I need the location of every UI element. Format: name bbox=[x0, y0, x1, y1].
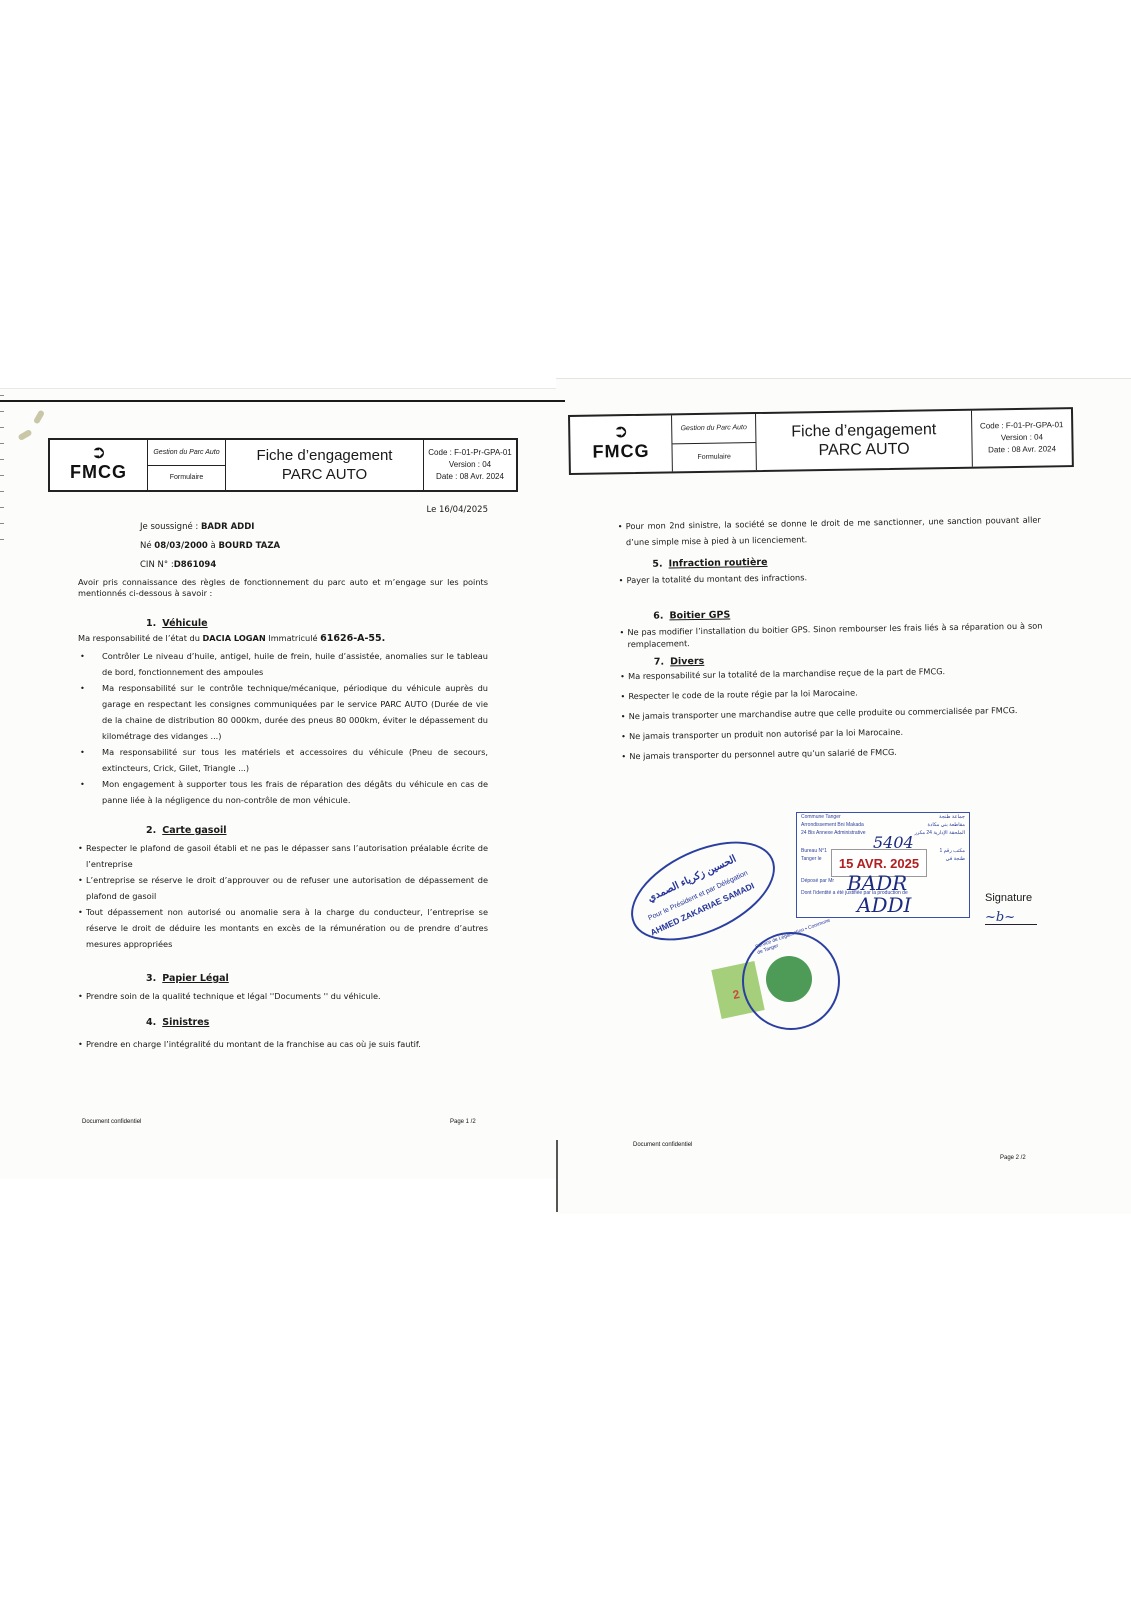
vehicle-rules-list: Contrôler Le niveau d’huile, antigel, hu… bbox=[78, 648, 488, 808]
list-item: Prendre soin de la qualité technique et … bbox=[78, 988, 488, 1004]
page-fold-line bbox=[556, 1140, 558, 1212]
brand-name: FMCG bbox=[592, 441, 649, 463]
header-meta: Gestion du Parc Auto Formulaire bbox=[148, 440, 226, 490]
identity-block: Je soussigné : BADR ADDI Né 08/03/2000 à… bbox=[140, 518, 488, 575]
handwritten-name: BADR bbox=[847, 871, 907, 895]
list-item: Ma responsabilité sur tous les matériels… bbox=[78, 744, 488, 776]
document-code: Code : F-01-Pr-GPA-01 Version : 04 Date … bbox=[424, 440, 516, 490]
vehicle-line: Ma responsabilité de l’état du DACIA LOG… bbox=[78, 631, 488, 646]
gasoil-rules-list: Respecter le plafond de gasoil établi et… bbox=[78, 840, 488, 952]
page-number: Page 1 /2 bbox=[450, 1119, 476, 1125]
brand-logo: ➲ FMCG bbox=[570, 415, 673, 473]
page-2-body: Pour mon 2nd sinistre, la société se don… bbox=[618, 512, 1045, 763]
header-meta: Gestion du Parc Auto Formulaire bbox=[672, 414, 757, 471]
list-item: Mon engagement à supporter tous les frai… bbox=[78, 776, 488, 808]
section-vehicule: 1.Véhicule Ma responsabilité de l’état d… bbox=[78, 617, 488, 808]
cin-number: D861094 bbox=[174, 560, 217, 570]
arrow-logo-icon: ➲ bbox=[613, 423, 628, 441]
section-infraction: 5.Infraction routière Payer la totalité … bbox=[618, 552, 1041, 587]
document-title: Fiche d’engagement PARC AUTO bbox=[226, 440, 424, 490]
list-item: Contrôler Le niveau d’huile, antigel, hu… bbox=[78, 648, 488, 680]
list-item: Ne jamais transporter une marchandise au… bbox=[621, 704, 1044, 723]
emblem-icon bbox=[766, 956, 812, 1002]
footer-confidential: Document confidentiel bbox=[82, 1119, 141, 1125]
list-item: Respecter le plafond de gasoil établi et… bbox=[78, 840, 488, 872]
document-date: Le 16/04/2025 bbox=[78, 502, 488, 518]
signature-label: Signature bbox=[985, 892, 1032, 904]
section-gps: 6.Boitier GPS Ne pas modifier l’installa… bbox=[619, 604, 1043, 651]
handwritten-name: ADDI bbox=[857, 893, 911, 917]
signatory-name: BADR ADDI bbox=[201, 522, 254, 532]
footer-confidential: Document confidentiel bbox=[633, 1142, 692, 1148]
list-item: Ne pas modifier l’installation du boitie… bbox=[619, 620, 1042, 651]
section-carte-gasoil: 2.Carte gasoil Respecter le plafond de g… bbox=[78, 824, 488, 952]
section-divers: 7.Divers Ma responsabilité sur la totali… bbox=[620, 650, 1045, 763]
page-number: Page 2 /2 bbox=[1000, 1155, 1026, 1161]
doc-type-label: Formulaire bbox=[148, 466, 225, 491]
intro-text: Avoir pris connaissance des règles de fo… bbox=[78, 577, 488, 599]
department-label: Gestion du Parc Auto bbox=[148, 440, 225, 466]
cin-line: CIN N° :D861094 bbox=[140, 556, 488, 575]
document-header: ➲ FMCG Gestion du Parc Auto Formulaire F… bbox=[568, 407, 1074, 475]
list-item: Prendre en charge l’intégralité du monta… bbox=[78, 1036, 488, 1052]
signatory-line: Je soussigné : BADR ADDI bbox=[140, 518, 488, 537]
list-item: Ne jamais transporter un produit non aut… bbox=[621, 724, 1044, 743]
doc-type-label: Formulaire bbox=[672, 443, 755, 472]
register-number: 5404 bbox=[873, 833, 914, 852]
arrow-logo-icon: ➲ bbox=[91, 444, 106, 462]
signature-scrawl: ~b~ bbox=[985, 910, 1037, 925]
list-item: Ne jamais transporter du personnel autre… bbox=[621, 744, 1044, 763]
list-item: Ma responsabilité sur le contrôle techni… bbox=[78, 680, 488, 744]
page-1: ➲ FMCG Gestion du Parc Auto Formulaire F… bbox=[48, 438, 518, 1052]
brand-name: FMCG bbox=[70, 462, 127, 483]
section-papier-legal: 3.Papier Légal Prendre soin de la qualit… bbox=[78, 972, 488, 1004]
section-sinistres: 4.Sinistres Prendre en charge l’intégral… bbox=[78, 1016, 488, 1052]
list-item: Respecter le code de la route régie par … bbox=[620, 684, 1043, 703]
legalization-round-stamp: Service de Légalisation • Commune de Tan… bbox=[742, 932, 840, 1030]
document-title: Fiche d’engagement PARC AUTO bbox=[756, 411, 973, 470]
document-code: Code : F-01-Pr-GPA-01 Version : 04 Date … bbox=[972, 409, 1072, 467]
birth-line: Né 08/03/2000 à BOURD TAZA bbox=[140, 537, 488, 556]
scan-edge-ticks bbox=[0, 395, 4, 555]
page-1-body: Le 16/04/2025 Je soussigné : BADR ADDI N… bbox=[78, 502, 488, 1052]
scan-edge-rule bbox=[0, 400, 565, 402]
list-item: Tout dépassement non autorisé ou anomali… bbox=[78, 904, 488, 952]
brand-logo: ➲ FMCG bbox=[50, 440, 148, 490]
legalization-stamp: Commune Tangerجماعة طنجة Arrondissement … bbox=[796, 812, 970, 918]
department-label: Gestion du Parc Auto bbox=[672, 414, 755, 444]
document-header: ➲ FMCG Gestion du Parc Auto Formulaire F… bbox=[48, 438, 518, 492]
page-2: ➲ FMCG Gestion du Parc Auto Formulaire F… bbox=[568, 407, 1079, 771]
list-item: L’entreprise se réserve le droit d’appro… bbox=[78, 872, 488, 904]
list-item: Pour mon 2nd sinistre, la société se don… bbox=[618, 512, 1041, 551]
